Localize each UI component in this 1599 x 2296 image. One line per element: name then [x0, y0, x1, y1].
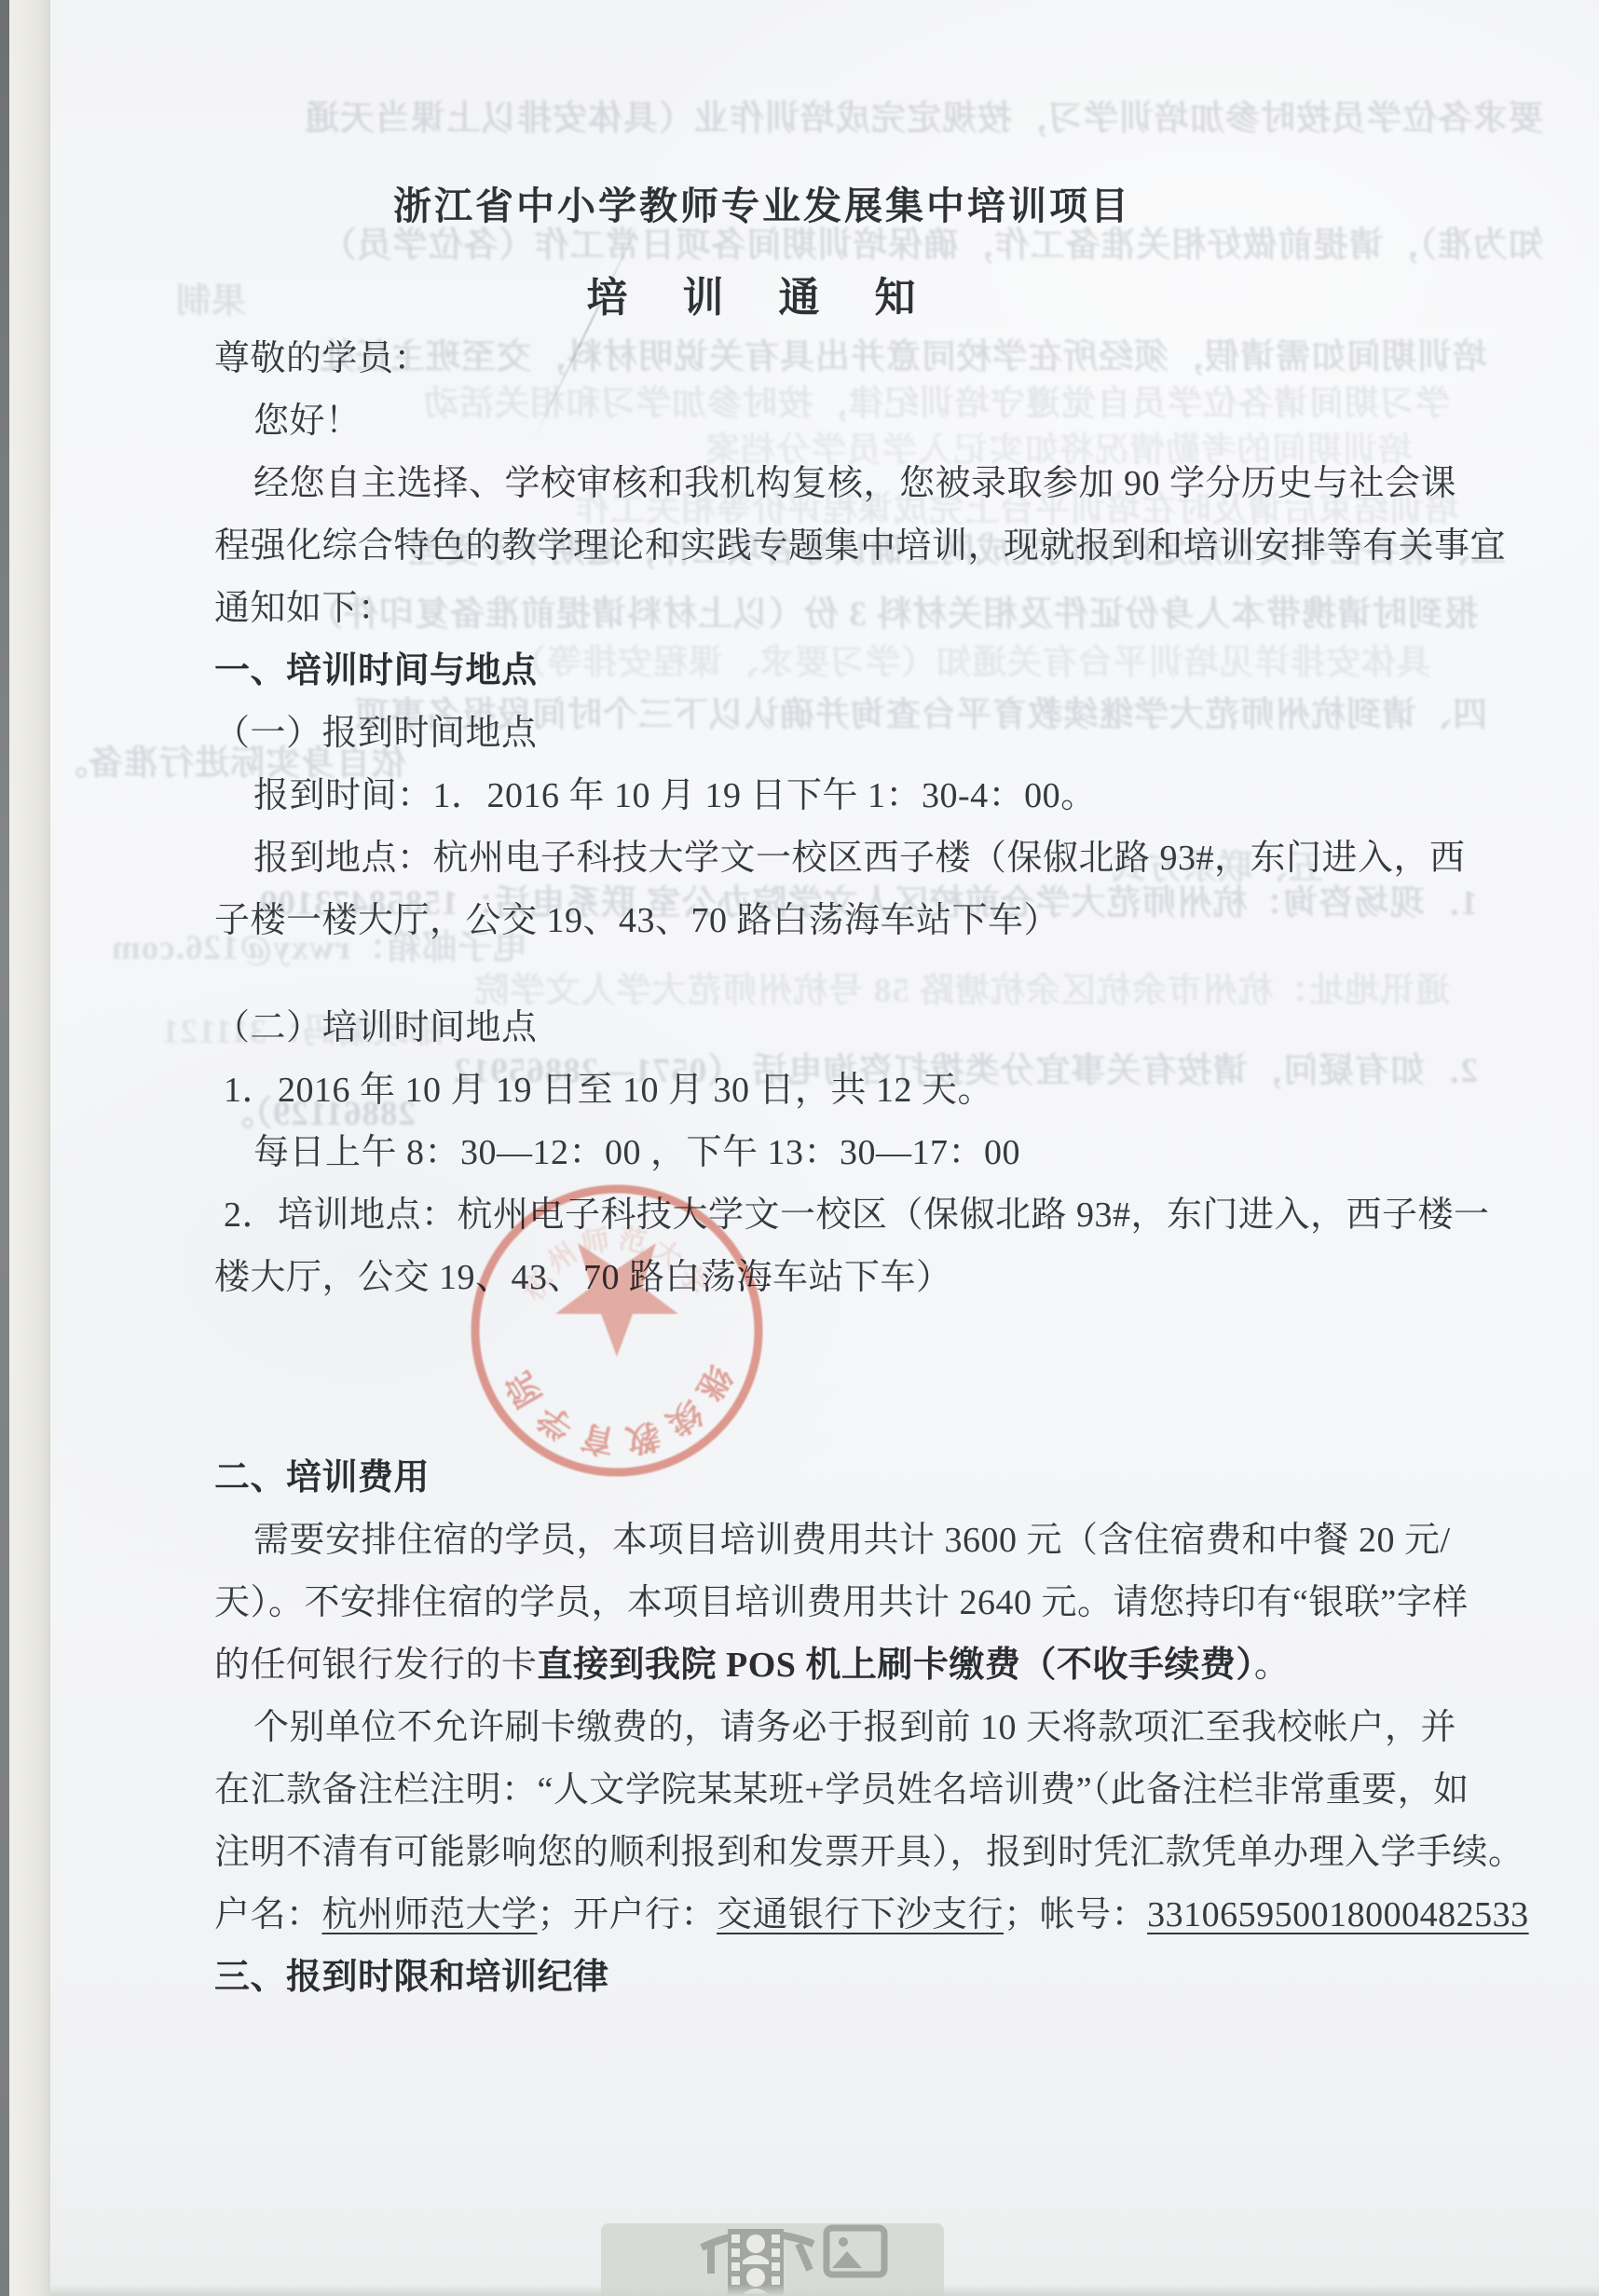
- doc-text-segment: 通知如下：: [214, 589, 394, 628]
- doc-line: 三、报到时限和培训纪律: [214, 1947, 1537, 2009]
- doc-text-segment: 2．培训地点：杭州电子科技大学文一校区（保俶北路 93#，东门进入，西子楼一: [224, 1196, 1490, 1235]
- doc-text-segment: 报到时间：1．2016 年 10 月 19 日下午 1：30-4：00。: [253, 776, 1097, 815]
- photo-icon: [827, 2228, 884, 2275]
- document-header: 浙江省中小学教师专业发展集中培训项目 培 训 通 知: [222, 175, 1303, 323]
- doc-line: 子楼一楼大厅，公交 19、43、70 路白荡海车站下车）: [214, 890, 1537, 952]
- doc-line: 通知如下：: [214, 578, 1537, 640]
- doc-text-segment: 子楼一楼大厅，公交 19、43、70 路白荡海车站下车）: [214, 901, 1059, 940]
- official-seal-stamp: 继续教育学院 杭州师范大学: [460, 1172, 773, 1485]
- scanner-edge-strip: [9, 0, 50, 2296]
- scanner-bottom-strip: [50, 2285, 1599, 2296]
- scanner-edge-shadow: [0, 0, 9, 2296]
- doc-text-segment: 一、培训时间与地点: [214, 651, 538, 690]
- doc-line: 2．培训地点：杭州电子科技大学文一校区（保俶北路 93#，东门进入，西子楼一: [214, 1184, 1537, 1247]
- doc-line: 户名：杭州师范大学；开户行：交通银行下沙支行；帐号：33106595001800…: [214, 1884, 1537, 1947]
- doc-line: 报到地点：杭州电子科技大学文一校区西子楼（保俶北路 93#，东门进入，西: [214, 827, 1537, 890]
- doc-text-segment: 交通银行下沙支行: [717, 1895, 1004, 1934]
- document-body: 尊敬的学员：您好！经您自主选择、学校审核和我机构复核，您被录取参加 90 学分历…: [214, 328, 1537, 2009]
- doc-line: 您好！: [214, 390, 1537, 453]
- doc-text-segment: ；帐号：: [1004, 1895, 1147, 1934]
- doc-text-segment: 。: [1254, 1646, 1291, 1685]
- doc-line: 每日上午 8：30—12：00 ，下午 13：30—17：00: [214, 1122, 1537, 1184]
- document-title: 浙江省中小学教师专业发展集中培训项目: [222, 175, 1303, 230]
- doc-text-segment: 尊敬的学员：: [214, 339, 430, 378]
- doc-line: 一、培训时间与地点: [214, 640, 1537, 703]
- doc-text-segment: 每日上午 8：30—12：00 ，下午 13：30—17：00: [253, 1133, 1020, 1172]
- doc-line: 在汇款备注栏注明：“人文学院某某班+学员姓名培训费”（此备注栏非常重要，如: [214, 1759, 1537, 1822]
- scanned-training-notice: { "document": { "title": "浙江省中小学教师专业发展集中…: [0, 0, 1599, 2296]
- doc-text-segment: 需要安排住宿的学员，本项目培训费用共计 3600 元（含住宿费和中餐 20 元/: [253, 1521, 1451, 1560]
- doc-text-segment: （二）培训时间地点: [214, 1008, 538, 1047]
- doc-text-segment: 报到地点：杭州电子科技大学文一校区西子楼（保俶北路 93#，东门进入，西: [253, 839, 1466, 878]
- doc-line: 尊敬的学员：: [214, 328, 1537, 390]
- doc-line: 需要安排住宿的学员，本项目培训费用共计 3600 元（含住宿费和中餐 20 元/: [214, 1510, 1537, 1572]
- doc-text-segment: 二、培训费用: [214, 1458, 430, 1497]
- doc-line: 楼大厅，公交 19、43、70 路白荡海车站下车）: [214, 1247, 1537, 1309]
- doc-text-segment: （一）报到时间地点: [214, 714, 538, 753]
- doc-text-segment: 户名：: [214, 1895, 322, 1934]
- doc-text-segment: 个别单位不允许刷卡缴费的，请务必于报到前 10 天将款项汇至我校帐户，并: [253, 1708, 1456, 1747]
- doc-line: 注明不清有可能影响您的顺利报到和发票开具），报到时凭汇款凭单办理入学手续。: [214, 1822, 1537, 1884]
- doc-line: 二、培训费用: [214, 1447, 1537, 1510]
- doc-text-segment: 331065950018000482533: [1147, 1895, 1529, 1934]
- document-subtitle: 培 训 通 知: [222, 264, 1303, 323]
- doc-text-segment: 三、报到时限和培训纪律: [214, 1958, 609, 1997]
- doc-line: 的任何银行发行的卡直接到我院 POS 机上刷卡缴费（不收手续费）。: [214, 1634, 1537, 1697]
- doc-line: 个别单位不允许刷卡缴费的，请务必于报到前 10 天将款项汇至我校帐户，并: [214, 1697, 1537, 1759]
- doc-line: 1．2016 年 10 月 19 日至 10 月 30 日，共 12 天。: [214, 1059, 1537, 1122]
- doc-text-segment: 杭州师范大学: [322, 1895, 538, 1934]
- doc-text-segment: 经您自主选择、学校审核和我机构复核，您被录取参加 90 学分历史与社会课: [253, 464, 1456, 503]
- doc-line: 经您自主选择、学校审核和我机构复核，您被录取参加 90 学分历史与社会课: [214, 453, 1537, 515]
- doc-text-segment: 天）。不安排住宿的学员，本项目培训费用共计 2640 元。请您持印有“银联”字样: [214, 1583, 1469, 1622]
- doc-line: 程强化综合特色的教学理论和实践专题集中培训，现就报到和培训安排等有关事宜: [214, 515, 1537, 578]
- doc-text-segment: 注明不清有可能影响您的顺利报到和发票开具），报到时凭汇款凭单办理入学手续。: [214, 1833, 1524, 1872]
- doc-text-segment: 您好！: [253, 402, 362, 441]
- doc-line: 报到时间：1．2016 年 10 月 19 日下午 1：30-4：00。: [214, 765, 1537, 827]
- doc-line: （二）培训时间地点: [214, 997, 1537, 1059]
- doc-line: （一）报到时间地点: [214, 703, 1537, 765]
- doc-text-segment: ；开户行：: [538, 1895, 717, 1934]
- doc-text-segment: 在汇款备注栏注明：“人文学院某某班+学员姓名培训费”（此备注栏非常重要，如: [214, 1770, 1469, 1810]
- doc-line: 天）。不安排住宿的学员，本项目培训费用共计 2640 元。请您持印有“银联”字样: [214, 1572, 1537, 1634]
- doc-text-segment: 直接到我院 POS 机上刷卡缴费（不收手续费）: [538, 1646, 1254, 1685]
- doc-text-segment: 的任何银行发行的卡: [214, 1646, 538, 1685]
- doc-text-segment: 程强化综合特色的教学理论和实践专题集中培训，现就报到和培训安排等有关事宜: [214, 526, 1506, 566]
- doc-text-segment: 1．2016 年 10 月 19 日至 10 月 30 日，共 12 天。: [224, 1071, 993, 1110]
